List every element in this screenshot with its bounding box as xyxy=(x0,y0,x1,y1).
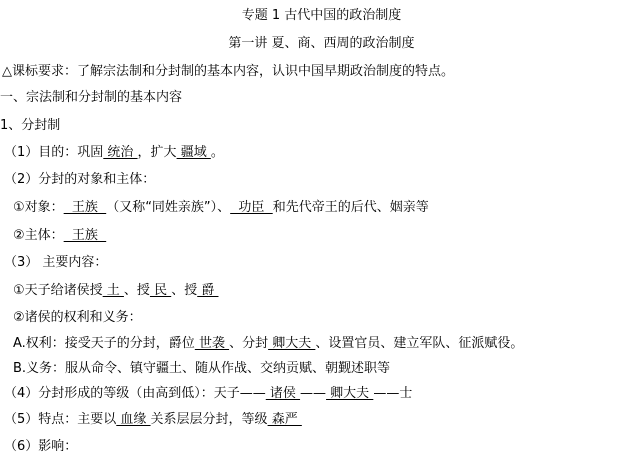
curriculum-requirement: △课标要求：了解宗法制和分封制的基本内容，认识中国早期政治制度的特点。 xyxy=(2,64,454,80)
blank-answer: 土 xyxy=(103,283,124,298)
text: （又称“同姓亲族”）、 xyxy=(106,200,230,215)
blank-answer: 统治 xyxy=(103,145,137,160)
blank-answer: 王族 xyxy=(64,200,107,215)
item-hierarchy: （4）分封形成的等级（由高到低）：天子—— 诸侯 —— 卿大夫 ——士 xyxy=(4,386,412,402)
item-objects: ①对象： 王族 （又称“同姓亲族”）、 功臣 和先代帝王的后代、姻亲等 xyxy=(13,200,429,216)
text: ①天子给诸侯授 xyxy=(13,283,103,298)
blank-answer: 疆域 xyxy=(177,145,211,160)
blank-answer: 王族 xyxy=(64,228,107,243)
blank-answer: 爵 xyxy=(197,283,218,298)
blank-answer: 世袭 xyxy=(195,336,229,351)
text: —— xyxy=(300,386,326,401)
text: 和先代帝王的后代、姻亲等 xyxy=(273,200,429,215)
text: ——士 xyxy=(373,386,412,401)
text: ，扩大 xyxy=(138,145,177,160)
text: 、设置官员、建立军队、征派赋役。 xyxy=(315,336,523,351)
item-rights: A.权利：接受天子的分封，爵位 世袭 、分封 卿大夫 、设置官员、建立军队、征派… xyxy=(13,336,523,352)
document-subtitle: 第一讲 夏、商、西周的政治制度 xyxy=(0,36,643,52)
text: ②主体： xyxy=(13,228,64,243)
text: 、授 xyxy=(124,283,150,298)
blank-answer: 血缘 xyxy=(116,412,150,427)
blank-answer: 森严 xyxy=(268,412,302,427)
text: A.权利：接受天子的分封，爵位 xyxy=(13,336,195,351)
text: （5）特点：主要以 xyxy=(4,412,116,427)
item-influence: （6）影响： xyxy=(4,439,77,455)
text: 、授 xyxy=(171,283,197,298)
text: ①对象： xyxy=(13,200,64,215)
document-title: 专题 1 古代中国的政治制度 xyxy=(0,8,643,24)
subsection-heading: 1、分封制 xyxy=(0,118,60,134)
item-rights-duties: ②诸侯的权利和义务： xyxy=(13,310,142,326)
text: （1）目的：巩固 xyxy=(4,145,103,160)
item-objects-subjects: （2）分封的对象和主体： xyxy=(4,172,155,188)
blank-answer: 卿大夫 xyxy=(268,336,315,351)
item-main-content: （3） 主要内容： xyxy=(4,255,107,271)
text: 关系层层分封，等级 xyxy=(151,412,268,427)
blank-answer: 诸侯 xyxy=(266,386,300,401)
item-duties: B.义务：服从命令、镇守疆土、随从作战、交纳贡赋、朝觐述职等 xyxy=(13,361,390,377)
item-characteristics: （5）特点：主要以 血缘 关系层层分封，等级 森严 xyxy=(4,412,302,428)
section-heading: 一、宗法制和分封制的基本内容 xyxy=(0,90,182,106)
blank-answer: 功臣 xyxy=(230,200,273,215)
item-subjects: ②主体： 王族 xyxy=(13,228,106,244)
item-grants: ①天子给诸侯授 土 、授 民 、授 爵 xyxy=(13,283,218,299)
blank-answer: 卿大夫 xyxy=(326,386,373,401)
text: 。 xyxy=(211,145,224,160)
blank-answer: 民 xyxy=(150,283,171,298)
item-purpose: （1）目的：巩固 统治 ，扩大 疆域 。 xyxy=(4,145,224,161)
text: （4）分封形成的等级（由高到低）：天子—— xyxy=(4,386,266,401)
text: 、分封 xyxy=(229,336,268,351)
